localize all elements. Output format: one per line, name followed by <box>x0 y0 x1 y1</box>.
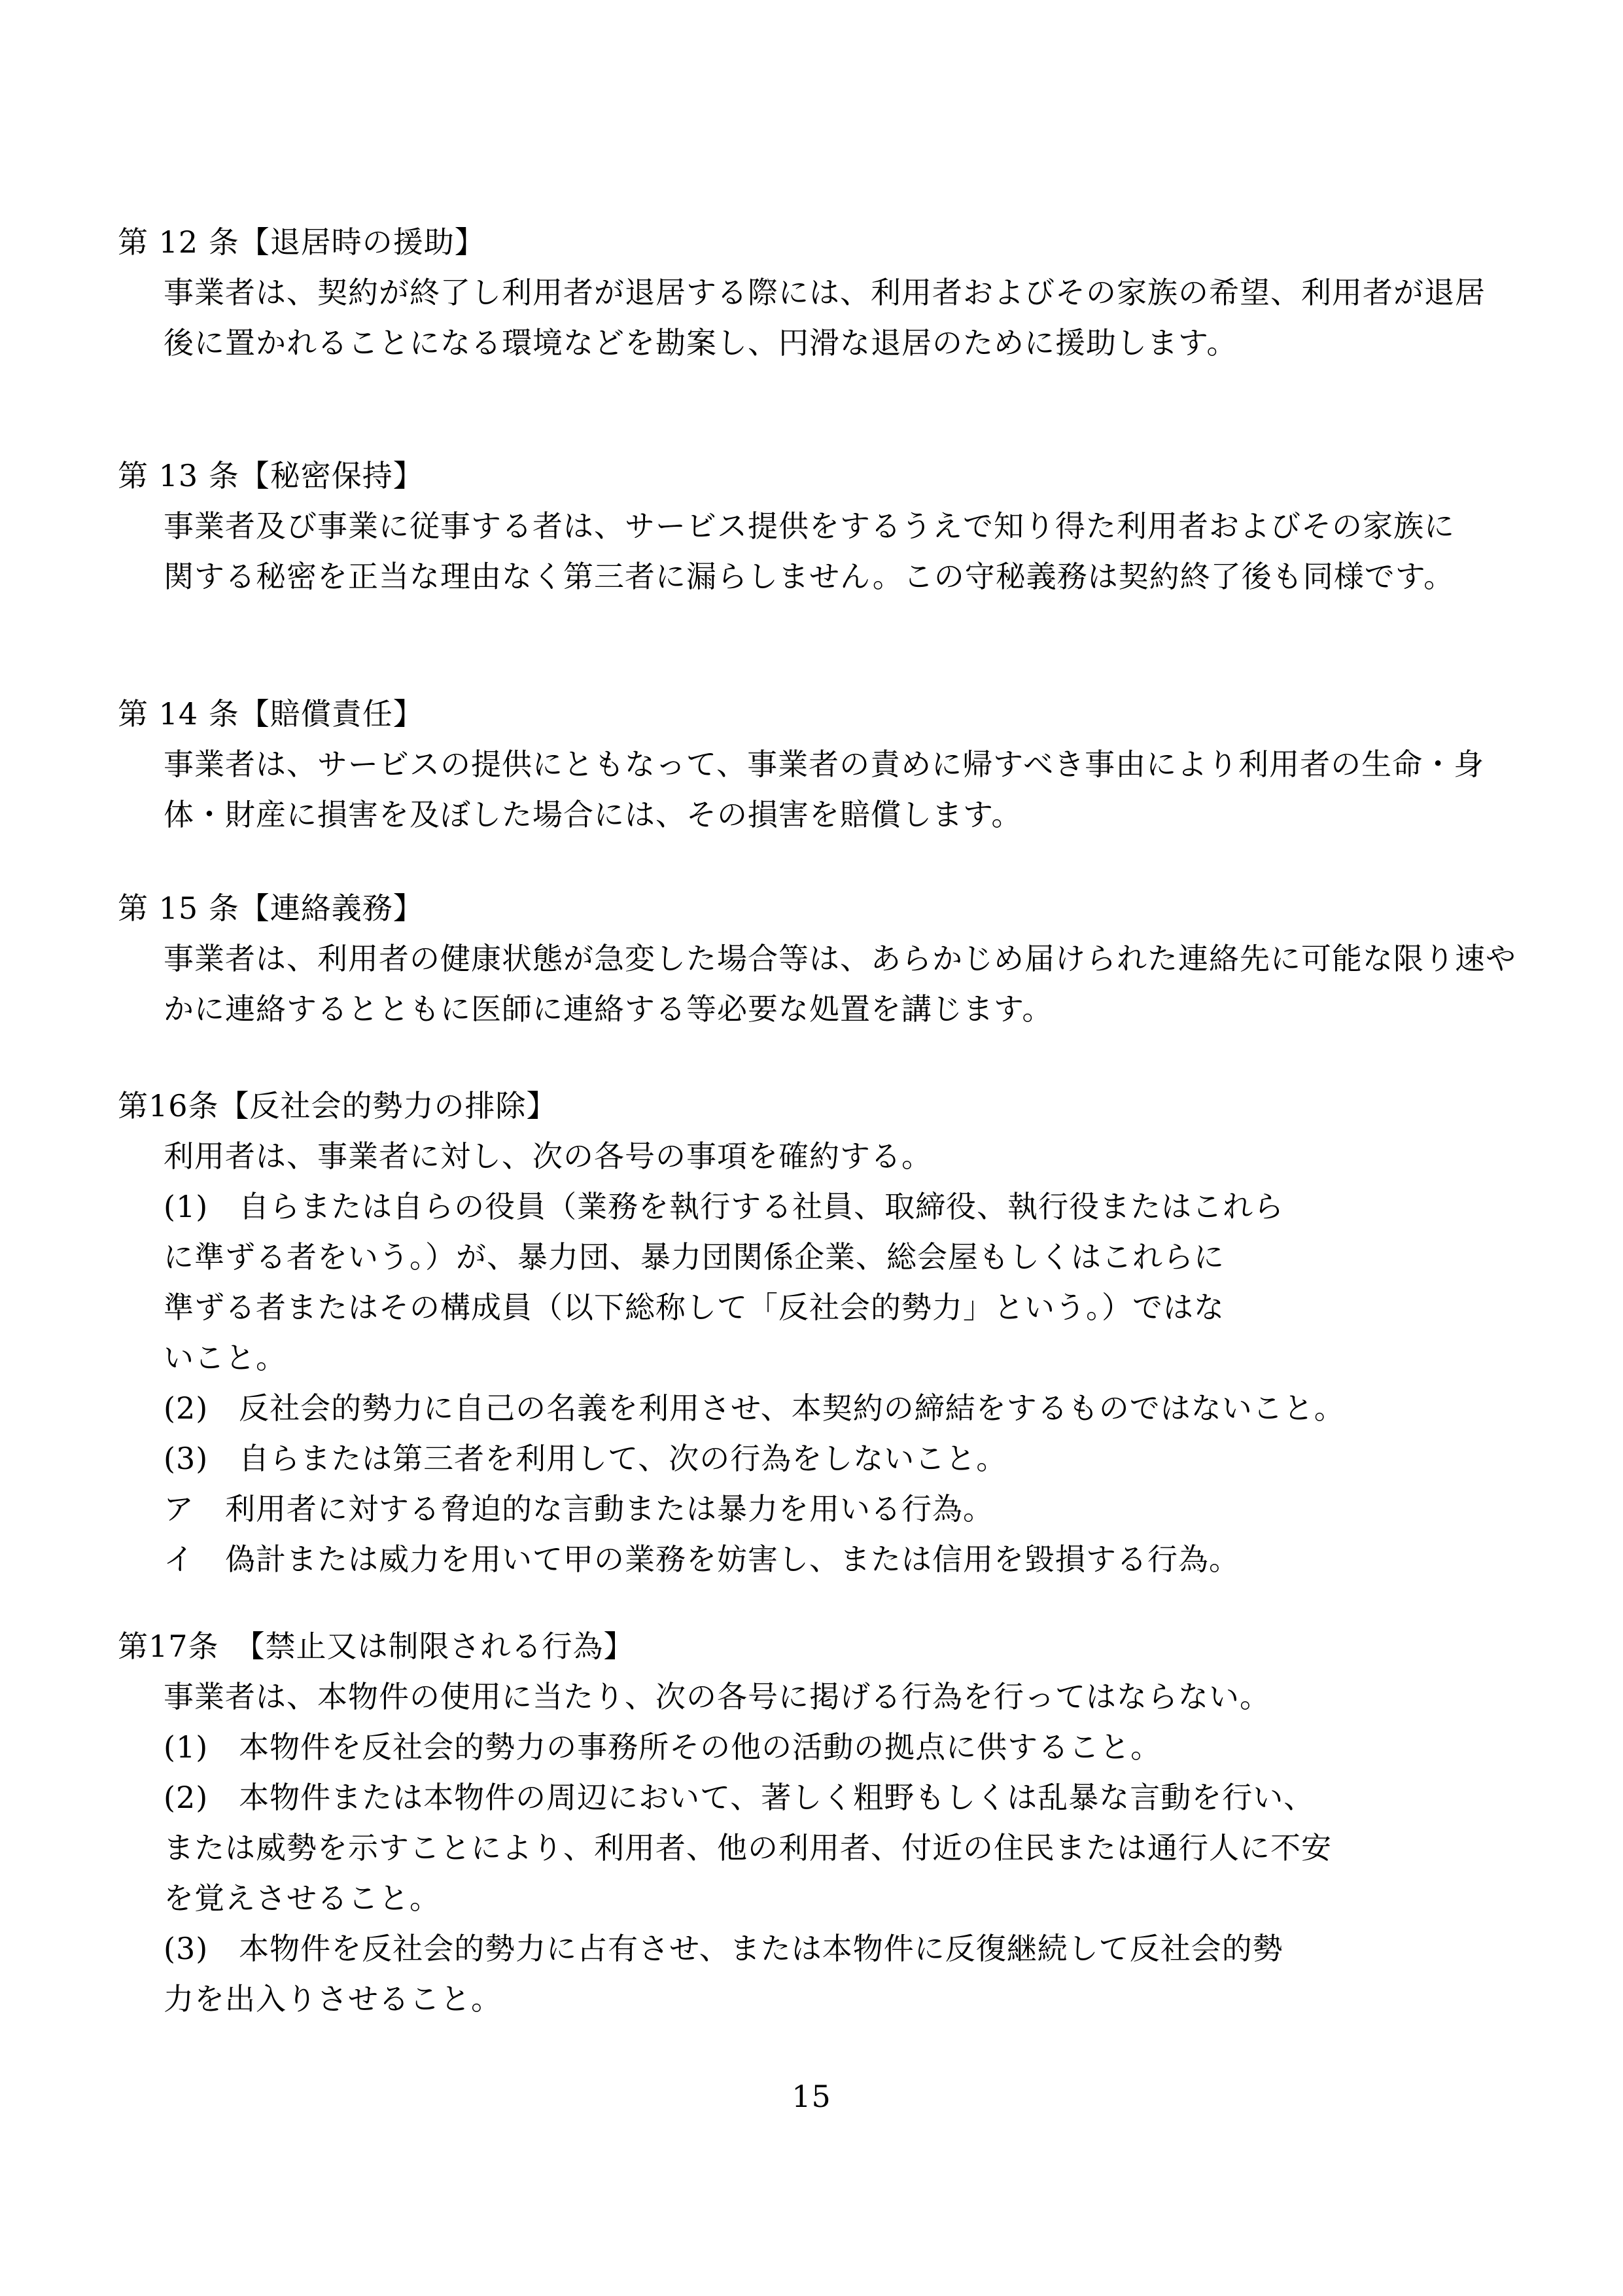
text-line: 事業者は、契約が終了し利用者が退居する際には、利用者およびその家族の希望、利用者… <box>164 268 1525 318</box>
text-line: 体・財産に損害を及ぼした場合には、その損害を賠償します。 <box>164 790 1525 840</box>
text-line: (1) 本物件を反社会的勢力の事務所その他の活動の拠点に供すること。 <box>164 1722 1525 1773</box>
text-line: または威勢を示すことにより、利用者、他の利用者、付近の住民または通行人に不安 <box>164 1823 1525 1873</box>
text-line: (3) 本物件を反社会的勢力に占有させ、または本物件に反復継続して反社会的勢 <box>164 1924 1525 1974</box>
articles: 第 12 条【退居時の援助】 事業者は、契約が終了し利用者が退居する際には、利用… <box>0 0 1623 2024</box>
text-line: (2) 反社会的勢力に自己の名義を利用させ、本契約の締結をするものではないこと。 <box>164 1383 1525 1434</box>
text-line: 利用者は、事業者に対し、次の各号の事項を確約する。 <box>164 1131 1525 1182</box>
text-line: 後に置かれることになる環境などを勘案し、円滑な退居のために援助します。 <box>164 318 1525 368</box>
article-body: 事業者は、本物件の使用に当たり、次の各号に掲げる行為を行ってはならない。(1) … <box>118 1672 1525 2024</box>
text-line: かに連絡するとともに医師に連絡する等必要な処置を講じます。 <box>164 984 1525 1034</box>
text-line: ア 利用者に対する脅迫的な言動または暴力を用いる行為。 <box>164 1484 1525 1534</box>
article-body: 事業者は、契約が終了し利用者が退居する際には、利用者およびその家族の希望、利用者… <box>118 268 1525 368</box>
text-line: を覚えさせること。 <box>164 1873 1525 1924</box>
text-line: 事業者は、本物件の使用に当たり、次の各号に掲げる行為を行ってはならない。 <box>164 1672 1525 1722</box>
text-line: 力を出入りさせること。 <box>164 1974 1525 2024</box>
article-16: 第16条【反社会的勢力の排除】 利用者は、事業者に対し、次の各号の事項を確約する… <box>118 1081 1525 1585</box>
article-14: 第 14 条【賠償責任】 事業者は、サービスの提供にともなって、事業者の責めに帰… <box>118 689 1525 840</box>
text-line: イ 偽計または威力を用いて甲の業務を妨害し、または信用を毀損する行為。 <box>164 1534 1525 1585</box>
contract-page: 第 12 条【退居時の援助】 事業者は、契約が終了し利用者が退居する際には、利用… <box>0 0 1623 2296</box>
page-number: 15 <box>0 2072 1623 2122</box>
article-body: 事業者は、利用者の健康状態が急変した場合等は、あらかじめ届けられた連絡先に可能な… <box>118 934 1525 1034</box>
text-line: に準ずる者をいう。）が、暴力団、暴力団関係企業、総会屋もしくはこれらに <box>164 1232 1525 1282</box>
text-line: (1) 自らまたは自らの役員（業務を執行する社員、取締役、執行役またはこれら <box>164 1182 1525 1232</box>
text-line: 事業者は、利用者の健康状態が急変した場合等は、あらかじめ届けられた連絡先に可能な… <box>164 934 1525 984</box>
article-heading: 第 13 条【秘密保持】 <box>118 451 1525 501</box>
article-body: 事業者及び事業に従事する者は、サービス提供をするうえで知り得た利用者およびその家… <box>118 501 1525 602</box>
article-13: 第 13 条【秘密保持】 事業者及び事業に従事する者は、サービス提供をするうえで… <box>118 451 1525 602</box>
text-line: 事業者及び事業に従事する者は、サービス提供をするうえで知り得た利用者およびその家… <box>164 501 1525 552</box>
text-line: (2) 本物件または本物件の周辺において、著しく粗野もしくは乱暴な言動を行い、 <box>164 1773 1525 1823</box>
article-heading: 第17条 【禁止又は制限される行為】 <box>118 1621 1525 1672</box>
article-body: 利用者は、事業者に対し、次の各号の事項を確約する。(1) 自らまたは自らの役員（… <box>118 1131 1525 1585</box>
text-line: (3) 自らまたは第三者を利用して、次の行為をしないこと。 <box>164 1434 1525 1484</box>
article-17: 第17条 【禁止又は制限される行為】 事業者は、本物件の使用に当たり、次の各号に… <box>118 1621 1525 2024</box>
article-heading: 第 14 条【賠償責任】 <box>118 689 1525 739</box>
article-heading: 第16条【反社会的勢力の排除】 <box>118 1081 1525 1131</box>
text-line: 準ずる者またはその構成員（以下総称して「反社会的勢力」という。）ではな <box>164 1282 1525 1333</box>
article-12: 第 12 条【退居時の援助】 事業者は、契約が終了し利用者が退居する際には、利用… <box>118 217 1525 368</box>
text-line: 関する秘密を正当な理由なく第三者に漏らしません。この守秘義務は契約終了後も同様で… <box>164 552 1525 602</box>
text-line: 事業者は、サービスの提供にともなって、事業者の責めに帰すべき事由により利用者の生… <box>164 739 1525 790</box>
article-heading: 第 12 条【退居時の援助】 <box>118 217 1525 268</box>
article-15: 第 15 条【連絡義務】 事業者は、利用者の健康状態が急変した場合等は、あらかじ… <box>118 883 1525 1034</box>
article-heading: 第 15 条【連絡義務】 <box>118 883 1525 934</box>
article-body: 事業者は、サービスの提供にともなって、事業者の責めに帰すべき事由により利用者の生… <box>118 739 1525 840</box>
text-line: いこと。 <box>164 1333 1525 1383</box>
